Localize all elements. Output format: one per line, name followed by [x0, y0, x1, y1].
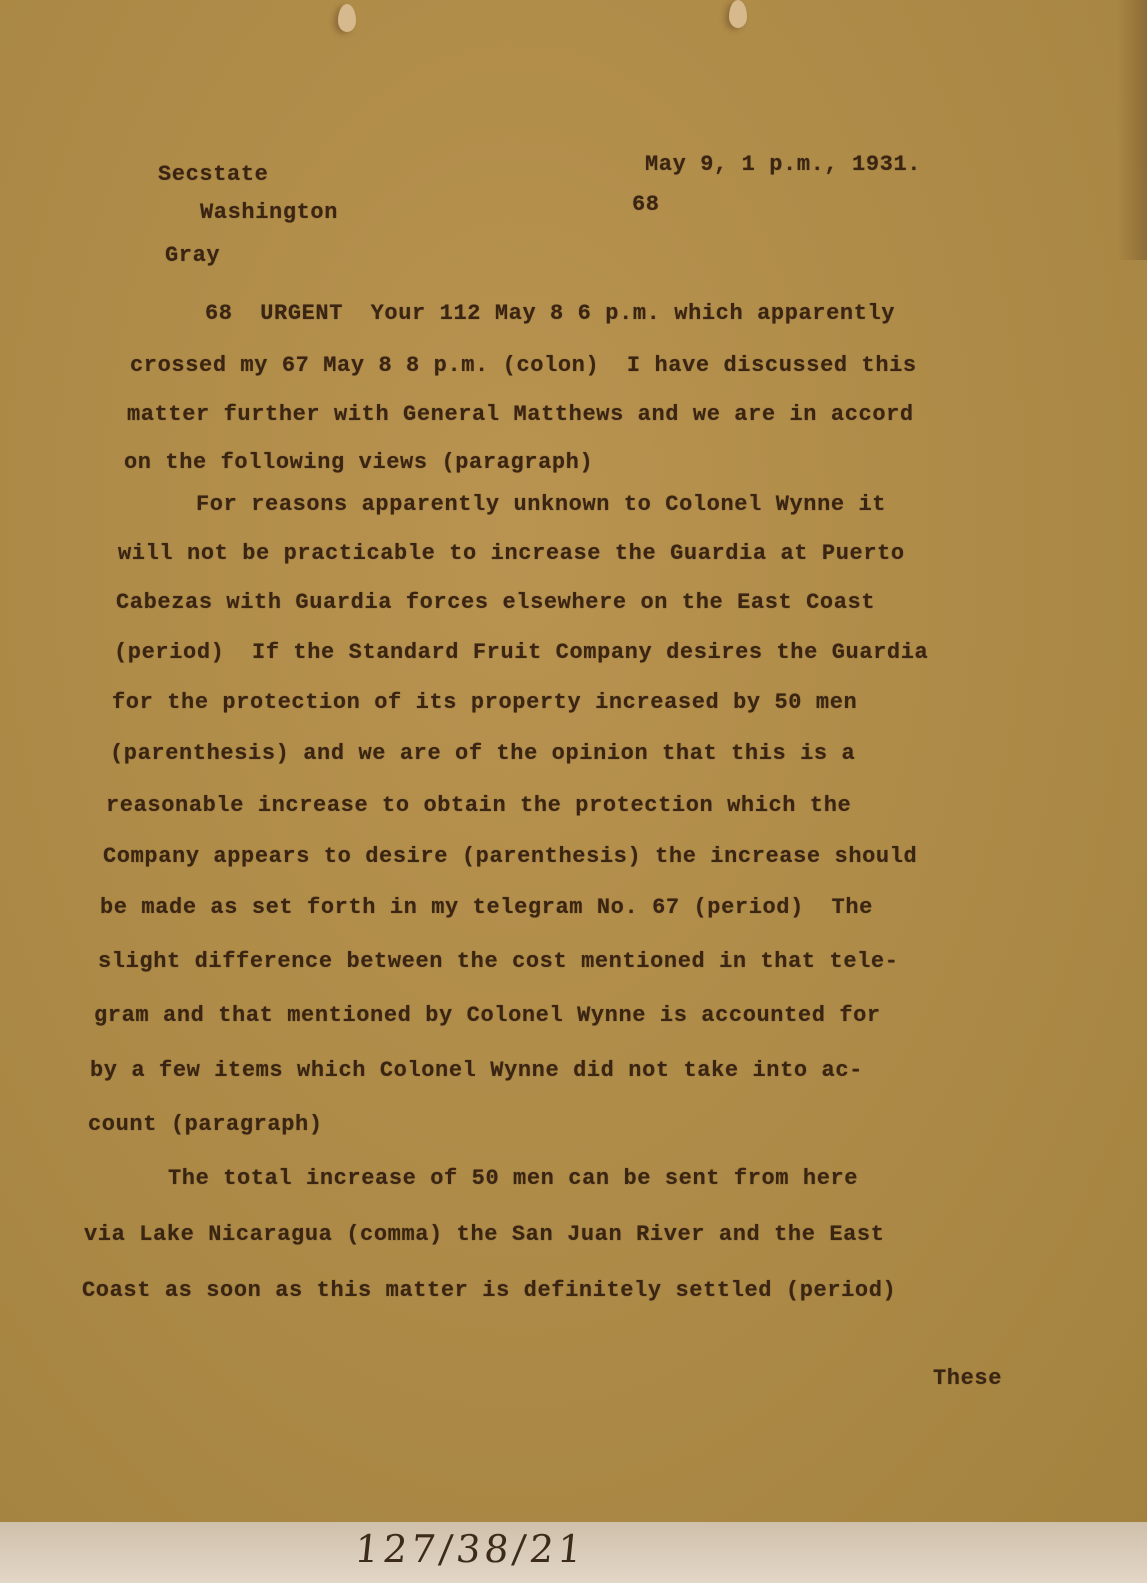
body-line: Coast as soon as this matter is definite… — [82, 1278, 896, 1303]
addressee-line-1: Secstate — [158, 162, 268, 187]
body-line: be made as set forth in my telegram No. … — [100, 895, 873, 920]
body-line: crossed my 67 May 8 8 p.m. (colon) I hav… — [130, 353, 917, 378]
body-line: (period) If the Standard Fruit Company d… — [114, 640, 928, 665]
body-line: gram and that mentioned by Colonel Wynne… — [94, 1003, 881, 1028]
body-line: by a few items which Colonel Wynne did n… — [90, 1058, 863, 1083]
body-line: reasonable increase to obtain the protec… — [106, 793, 851, 818]
body-line: matter further with General Matthews and… — [127, 402, 914, 427]
telegram-date: May 9, 1 p.m., 1931. — [645, 152, 921, 177]
body-line: (parenthesis) and we are of the opinion … — [110, 741, 855, 766]
body-line: 68 URGENT Your 112 May 8 6 p.m. which ap… — [205, 301, 895, 326]
archive-reference: 127/38/21 — [353, 1527, 588, 1571]
addressee-line-2: Washington — [200, 200, 338, 225]
typewritten-page: Secstate Washington Gray May 9, 1 p.m., … — [0, 0, 1147, 1522]
body-line: will not be practicable to increase the … — [118, 541, 905, 566]
telegram-number: 68 — [632, 192, 660, 217]
punch-hole — [338, 4, 356, 32]
body-line: Cabezas with Guardia forces elsewhere on… — [116, 590, 875, 615]
punch-hole — [729, 0, 747, 28]
body-line: for the protection of its property incre… — [112, 690, 857, 715]
body-line: For reasons apparently unknown to Colone… — [196, 492, 886, 517]
catchword: These — [933, 1366, 1002, 1391]
body-line: slight difference between the cost menti… — [98, 949, 899, 974]
addressee-line-3: Gray — [165, 243, 220, 268]
body-line: via Lake Nicaragua (comma) the San Juan … — [84, 1222, 885, 1247]
body-line: The total increase of 50 men can be sent… — [168, 1166, 858, 1191]
body-line: count (paragraph) — [88, 1112, 323, 1137]
body-line: Company appears to desire (parenthesis) … — [103, 844, 917, 869]
body-line: on the following views (paragraph) — [124, 450, 593, 475]
